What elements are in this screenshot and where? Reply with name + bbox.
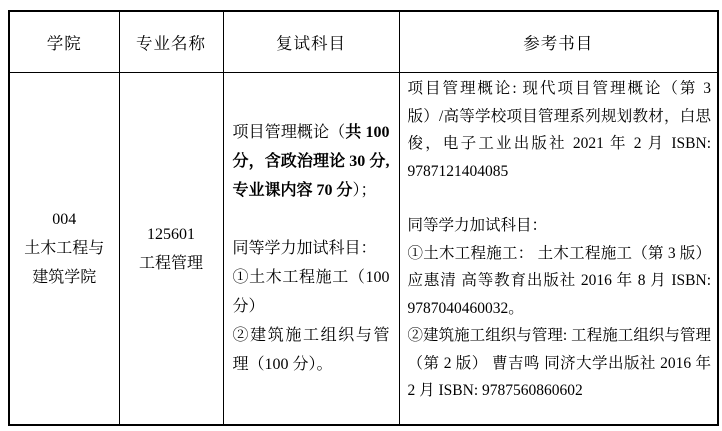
retest-main-suffix: ）； xyxy=(353,182,377,199)
refbook-addon-item-2: ②建筑施工组织与管理: 工程施工组织与管理（第 2 版） 曹吉鸣 同济大学出版社… xyxy=(408,322,712,405)
retest-main-prefix: 项目管理概论（ xyxy=(233,124,346,141)
paragraph-gap xyxy=(408,185,712,212)
header-college: 学院 xyxy=(9,11,119,73)
refbook-addon-item-1: ①土木工程施工： 土木工程施工（第 3 版） 应惠清 高等教育出版社 2016 … xyxy=(408,240,712,323)
paragraph-gap xyxy=(233,205,390,234)
admissions-retest-table: 学院 专业名称 复试科目 参考书目 004 土木工程与 建筑学院 125601 … xyxy=(8,10,719,426)
refbook-addon-title: 同等学力加试科目： xyxy=(408,212,712,240)
college-cell: 004 土木工程与 建筑学院 xyxy=(9,73,119,426)
refbook-main: 项目管理概论: 现代项目管理概论（第 3 版）/高等学校项目管理系列规划教材，白… xyxy=(408,75,712,185)
table-row: 004 土木工程与 建筑学院 125601 工程管理 项目管理概论（共 100 … xyxy=(9,73,718,426)
header-reference-books: 参考书目 xyxy=(399,11,718,73)
retest-subjects-cell: 项目管理概论（共 100 分，含政治理论 30 分, 专业课内容 70 分）； … xyxy=(223,73,399,426)
document-page: 学院 专业名称 复试科目 参考书目 004 土木工程与 建筑学院 125601 … xyxy=(0,0,722,431)
retest-main-subject: 项目管理概论（共 100 分，含政治理论 30 分, 专业课内容 70 分）； xyxy=(233,118,390,205)
retest-addon-subjects: 同等学力加试科目： ①土木工程施工（100 分） ②建筑施工组织与管理（100 … xyxy=(233,234,390,379)
major-cell: 125601 工程管理 xyxy=(119,73,223,426)
reference-books-cell: 项目管理概论: 现代项目管理概论（第 3 版）/高等学校项目管理系列规划教材，白… xyxy=(399,73,718,426)
header-major-name: 专业名称 xyxy=(119,11,223,73)
table-header-row: 学院 专业名称 复试科目 参考书目 xyxy=(9,11,718,73)
header-retest-subjects: 复试科目 xyxy=(223,11,399,73)
